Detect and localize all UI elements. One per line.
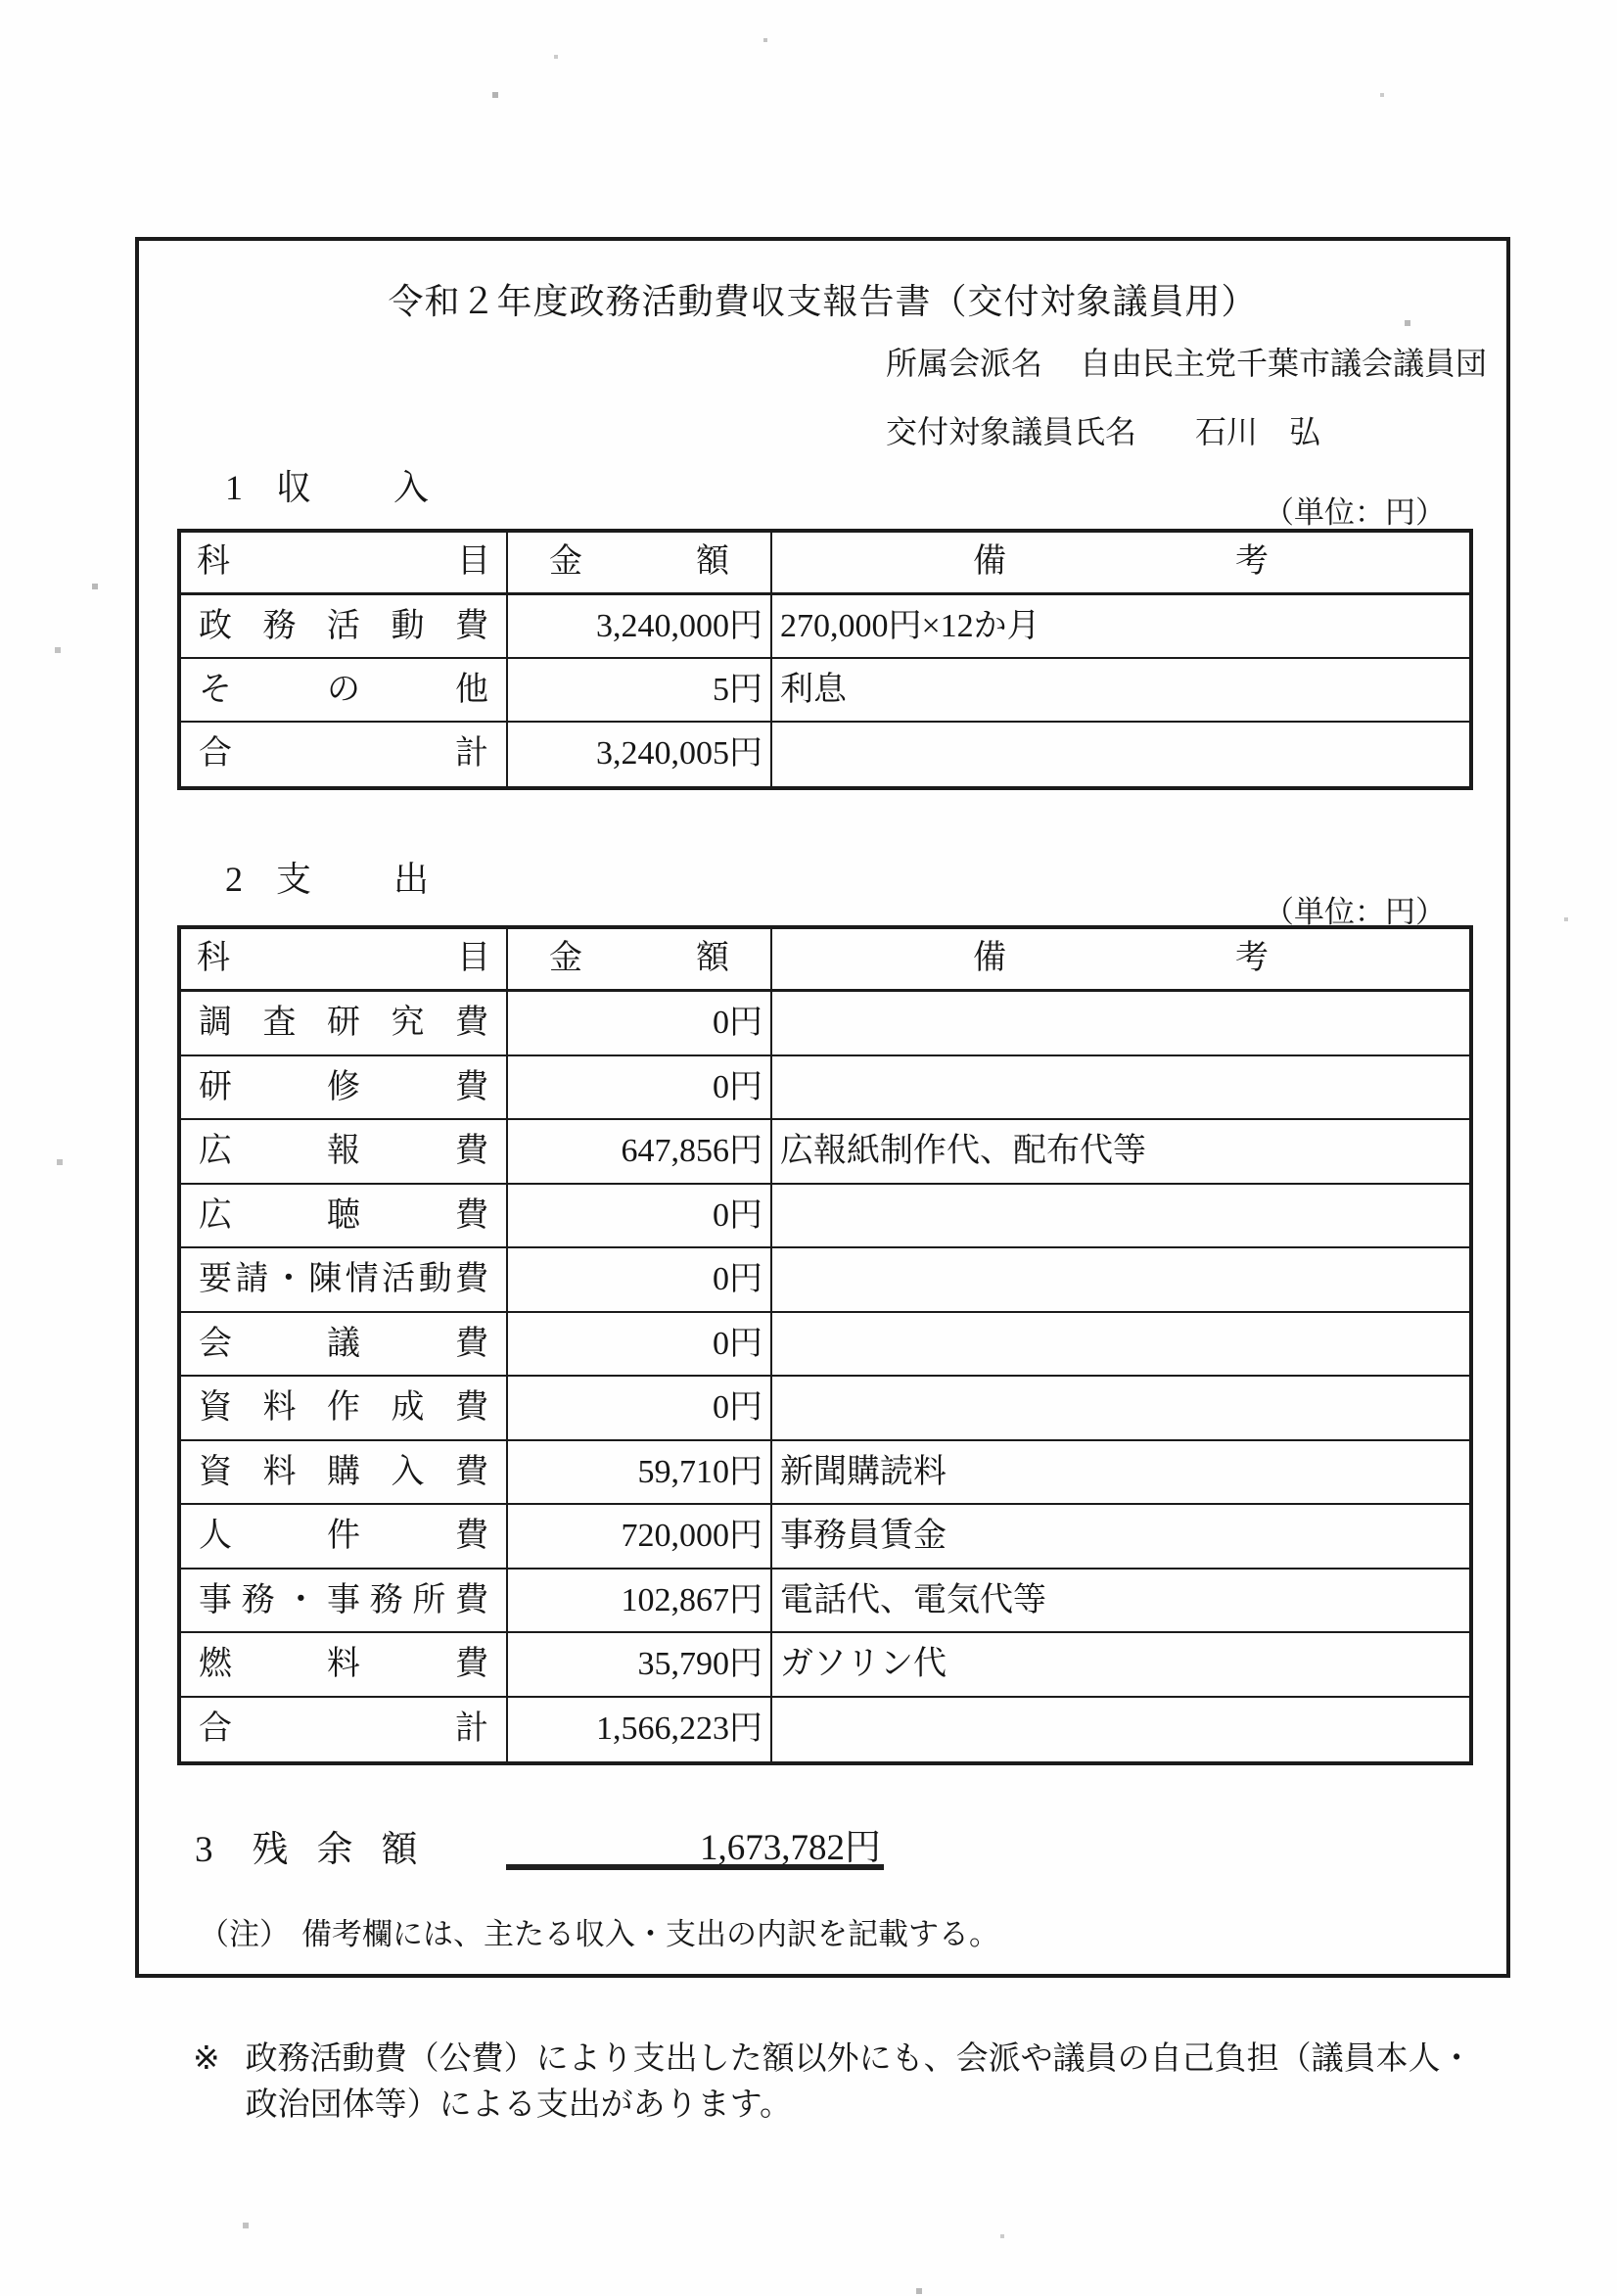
income-row-item: 合計	[181, 723, 508, 786]
balance-heading: 3残余額	[195, 1819, 446, 1872]
income-header-note: 備考	[772, 533, 1469, 595]
footnote-line-1: 政務活動費（公費）により支出した額以外にも、会派や議員の自己負担（議員本人・	[246, 2037, 1473, 2083]
expense-row-amount: 647,856円	[508, 1120, 772, 1185]
expense-row-item: 資料作成費	[181, 1377, 508, 1441]
income-section-number: 1	[225, 468, 243, 507]
expense-row-note	[772, 1377, 1469, 1441]
expense-row-amount: 35,790円	[508, 1633, 772, 1698]
expense-header-item: 科目	[181, 929, 508, 992]
expense-row-note	[772, 1185, 1469, 1249]
income-section-heading: 1収入	[225, 460, 511, 510]
income-row-item: 政務活動費	[181, 595, 508, 659]
expense-row-item: 会議費	[181, 1313, 508, 1378]
income-unit-note: （単位：円）	[1264, 488, 1446, 532]
balance-amount: 1,673,782円	[700, 1817, 881, 1870]
expense-row-note: 新聞購読料	[772, 1441, 1469, 1506]
expense-table: 科目 金額 備考 調査研究費 0円 研修費 0円 広報費 647,856円 広報…	[177, 925, 1473, 1765]
expense-row-note: 広報紙制作代、配布代等	[772, 1120, 1469, 1185]
income-table: 科目 金額 備考 政務活動費 3,240,000円 270,000円×12か月 …	[177, 529, 1473, 790]
expense-row-item: 事務・事務所費	[181, 1570, 508, 1634]
expense-row-item: 人件費	[181, 1505, 508, 1570]
income-header-item: 科目	[181, 533, 508, 595]
expense-row-item: 広聴費	[181, 1185, 508, 1249]
expense-header-note: 備考	[772, 929, 1469, 992]
income-row-note: 270,000円×12か月	[772, 595, 1469, 659]
affiliation-label: 所属会派名	[886, 346, 1042, 381]
expense-row-item: 資料購入費	[181, 1441, 508, 1506]
expense-row-amount: 0円	[508, 992, 772, 1056]
expense-row-item: 調査研究費	[181, 992, 508, 1056]
affiliation-value: 自由民主党千葉市議会議員団	[1080, 346, 1487, 381]
expense-row-item: 研修費	[181, 1056, 508, 1121]
expense-row-amount: 0円	[508, 1185, 772, 1249]
table-note-label: （注）	[199, 1917, 290, 1951]
document-title: 令和２年度政務活動費収支報告書（交付対象議員用）	[135, 274, 1510, 324]
expense-row-note	[772, 1698, 1469, 1762]
expense-row-note	[772, 1248, 1469, 1313]
income-row-amount: 3,240,005円	[508, 723, 772, 786]
income-row-amount: 3,240,000円	[508, 595, 772, 659]
expense-row-amount: 59,710円	[508, 1441, 772, 1506]
income-row-item: その他	[181, 659, 508, 723]
income-row-amount: 5円	[508, 659, 772, 723]
balance-section-title: 残余額	[253, 1830, 446, 1870]
expense-section-heading: 2支出	[225, 852, 511, 902]
income-section-title: 収入	[276, 468, 511, 507]
expense-row-amount: 720,000円	[508, 1505, 772, 1570]
income-header-amount: 金額	[508, 533, 772, 595]
footnote-text: 政務活動費（公費）により支出した額以外にも、会派や議員の自己負担（議員本人・ 政…	[246, 2037, 1473, 2129]
expense-row-amount: 0円	[508, 1377, 772, 1441]
member-line: 交付対象議員氏名石川 弘	[886, 407, 1320, 452]
expense-section-number: 2	[225, 860, 243, 899]
expense-row-amount: 102,867円	[508, 1570, 772, 1634]
expense-row-note: ガソリン代	[772, 1633, 1469, 1698]
expense-row-note	[772, 1313, 1469, 1378]
expense-row-amount: 0円	[508, 1313, 772, 1378]
balance-underline	[506, 1864, 884, 1870]
footnote: ※ 政務活動費（公費）により支出した額以外にも、会派や議員の自己負担（議員本人・…	[193, 2037, 1473, 2129]
income-row-note: 利息	[772, 659, 1469, 723]
expense-row-note: 事務員賃金	[772, 1505, 1469, 1570]
balance-section-number: 3	[195, 1830, 213, 1870]
expense-header-amount: 金額	[508, 929, 772, 992]
scan-noise	[0, 0, 2, 2]
expense-row-amount: 0円	[508, 1248, 772, 1313]
expense-row-note	[772, 1056, 1469, 1121]
expense-row-note	[772, 992, 1469, 1056]
expense-row-item: 広報費	[181, 1120, 508, 1185]
expense-row-item: 合計	[181, 1698, 508, 1762]
expense-row-item: 燃料費	[181, 1633, 508, 1698]
footnote-marker: ※	[193, 2037, 220, 2083]
affiliation-line: 所属会派名自由民主党千葉市議会議員団	[886, 339, 1487, 384]
expense-row-note: 電話代、電気代等	[772, 1570, 1469, 1634]
table-note: （注）備考欄には、主たる収入・支出の内訳を記載する。	[199, 1909, 999, 1953]
footnote-line-2: 政治団体等）による支出があります。	[246, 2083, 1473, 2129]
expense-row-amount: 0円	[508, 1056, 772, 1121]
member-label: 交付対象議員氏名	[886, 414, 1136, 449]
expense-row-item: 要請・陳情活動費	[181, 1248, 508, 1313]
income-row-note	[772, 723, 1469, 786]
expense-section-title: 支出	[276, 860, 511, 899]
member-value: 石川 弘	[1195, 414, 1320, 449]
expense-row-amount: 1,566,223円	[508, 1698, 772, 1762]
table-note-text: 備考欄には、主たる収入・支出の内訳を記載する。	[301, 1917, 999, 1951]
